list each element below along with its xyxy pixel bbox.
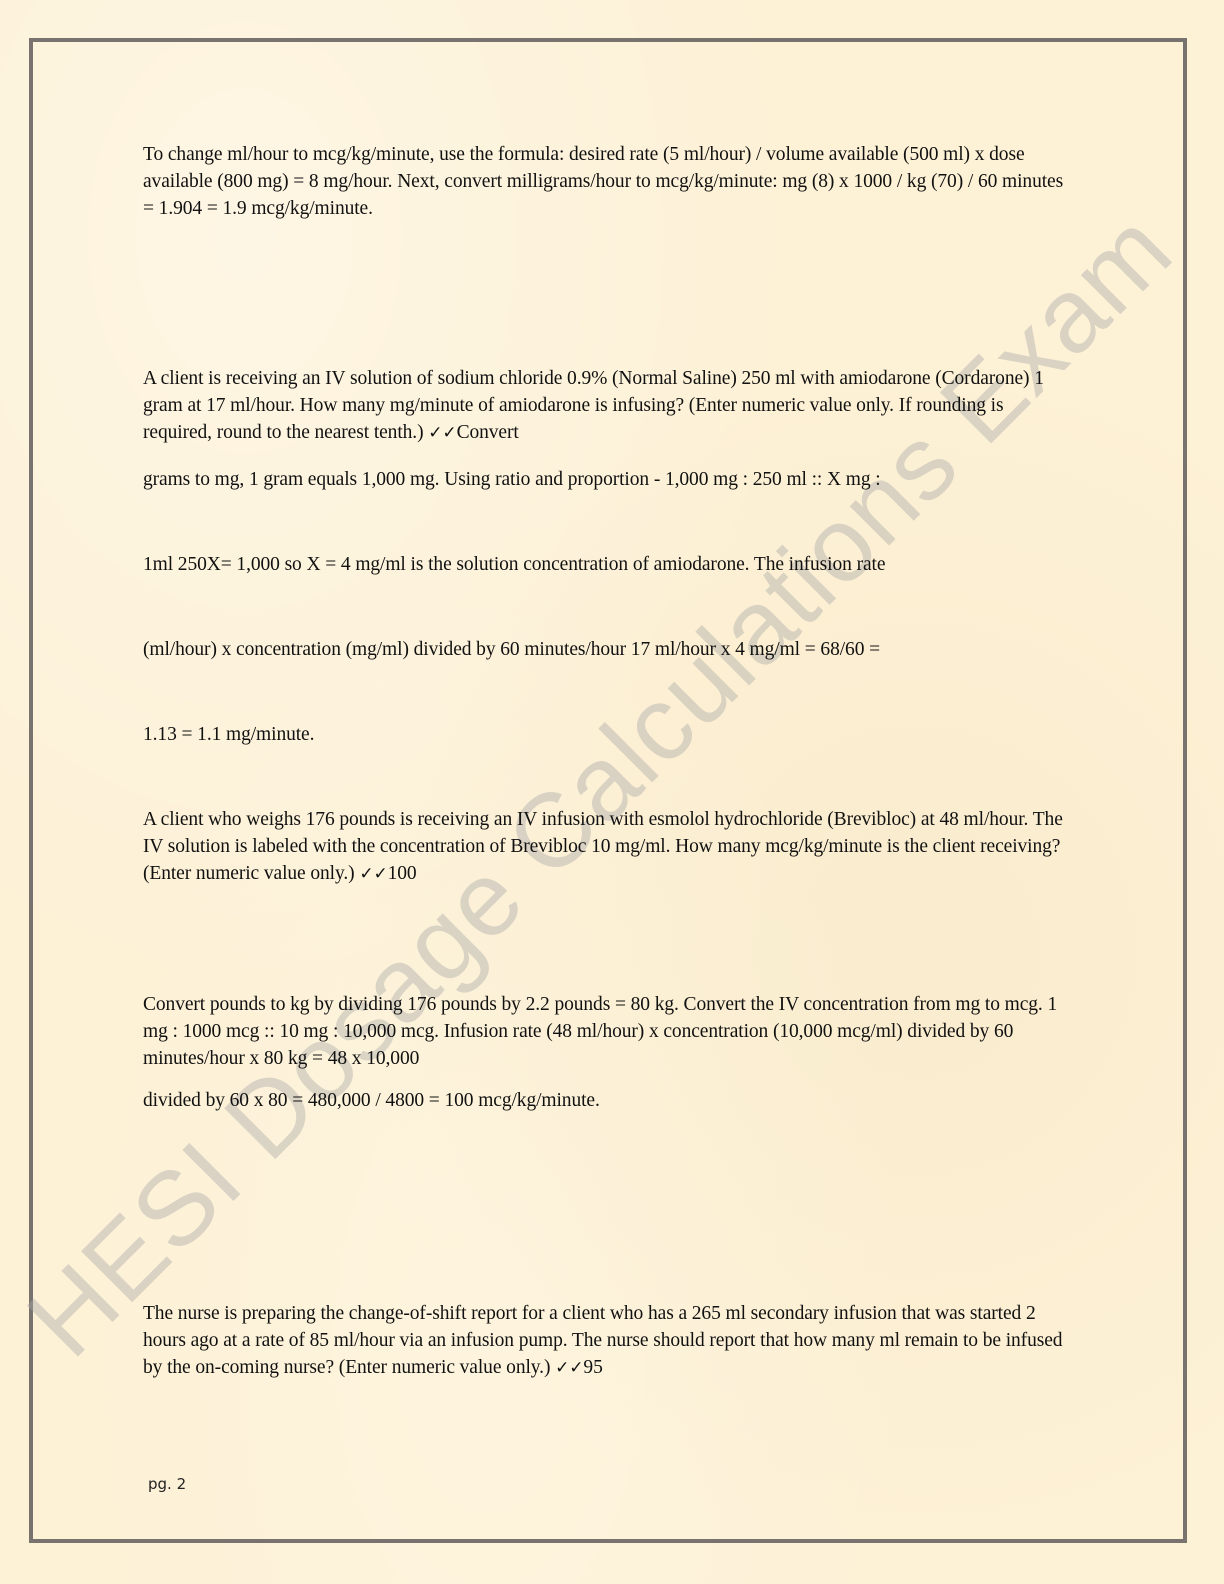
question-text: A client who weighs 176 pounds is receiv…: [143, 806, 1073, 888]
checkmark-icon: ✓✓: [555, 1358, 583, 1378]
answer-text: Convert: [457, 422, 519, 443]
explanation-line: (ml/hour) x concentration (mg/ml) divide…: [143, 636, 1073, 663]
checkmark-icon: ✓✓: [359, 864, 387, 884]
question-block: A client is receiving an IV solution of …: [143, 365, 1073, 447]
explanation-block: To change ml/hour to mcg/kg/minute, use …: [143, 141, 1073, 222]
explanation-block: Convert pounds to kg by dividing 176 pou…: [143, 991, 1073, 1072]
paragraph: To change ml/hour to mcg/kg/minute, use …: [143, 141, 1073, 222]
paragraph: 1.13 = 1.1 mg/minute.: [143, 721, 1073, 748]
page-number: pg. 2: [148, 1475, 186, 1493]
answer-text: 95: [583, 1357, 602, 1378]
paragraph: 1ml 250X= 1,000 so X = 4 mg/ml is the so…: [143, 551, 1073, 578]
question-text: A client is receiving an IV solution of …: [143, 365, 1073, 447]
paragraph: Convert pounds to kg by dividing 176 pou…: [143, 991, 1073, 1072]
paragraph: grams to mg, 1 gram equals 1,000 mg. Usi…: [143, 466, 1073, 493]
explanation-line: 1.13 = 1.1 mg/minute.: [143, 721, 1073, 748]
explanation-line: 1ml 250X= 1,000 so X = 4 mg/ml is the so…: [143, 551, 1073, 578]
question-block: The nurse is preparing the change-of-shi…: [143, 1300, 1073, 1382]
explanation-line: grams to mg, 1 gram equals 1,000 mg. Usi…: [143, 466, 1073, 493]
question-block: A client who weighs 176 pounds is receiv…: [143, 806, 1073, 888]
checkmark-icon: ✓✓: [428, 423, 456, 443]
paragraph: divided by 60 x 80 = 480,000 / 4800 = 10…: [143, 1087, 1073, 1114]
paragraph: (ml/hour) x concentration (mg/ml) divide…: [143, 636, 1073, 663]
answer-text: 100: [388, 863, 417, 884]
explanation-line: divided by 60 x 80 = 480,000 / 4800 = 10…: [143, 1087, 1073, 1114]
question-text: The nurse is preparing the change-of-shi…: [143, 1300, 1073, 1382]
